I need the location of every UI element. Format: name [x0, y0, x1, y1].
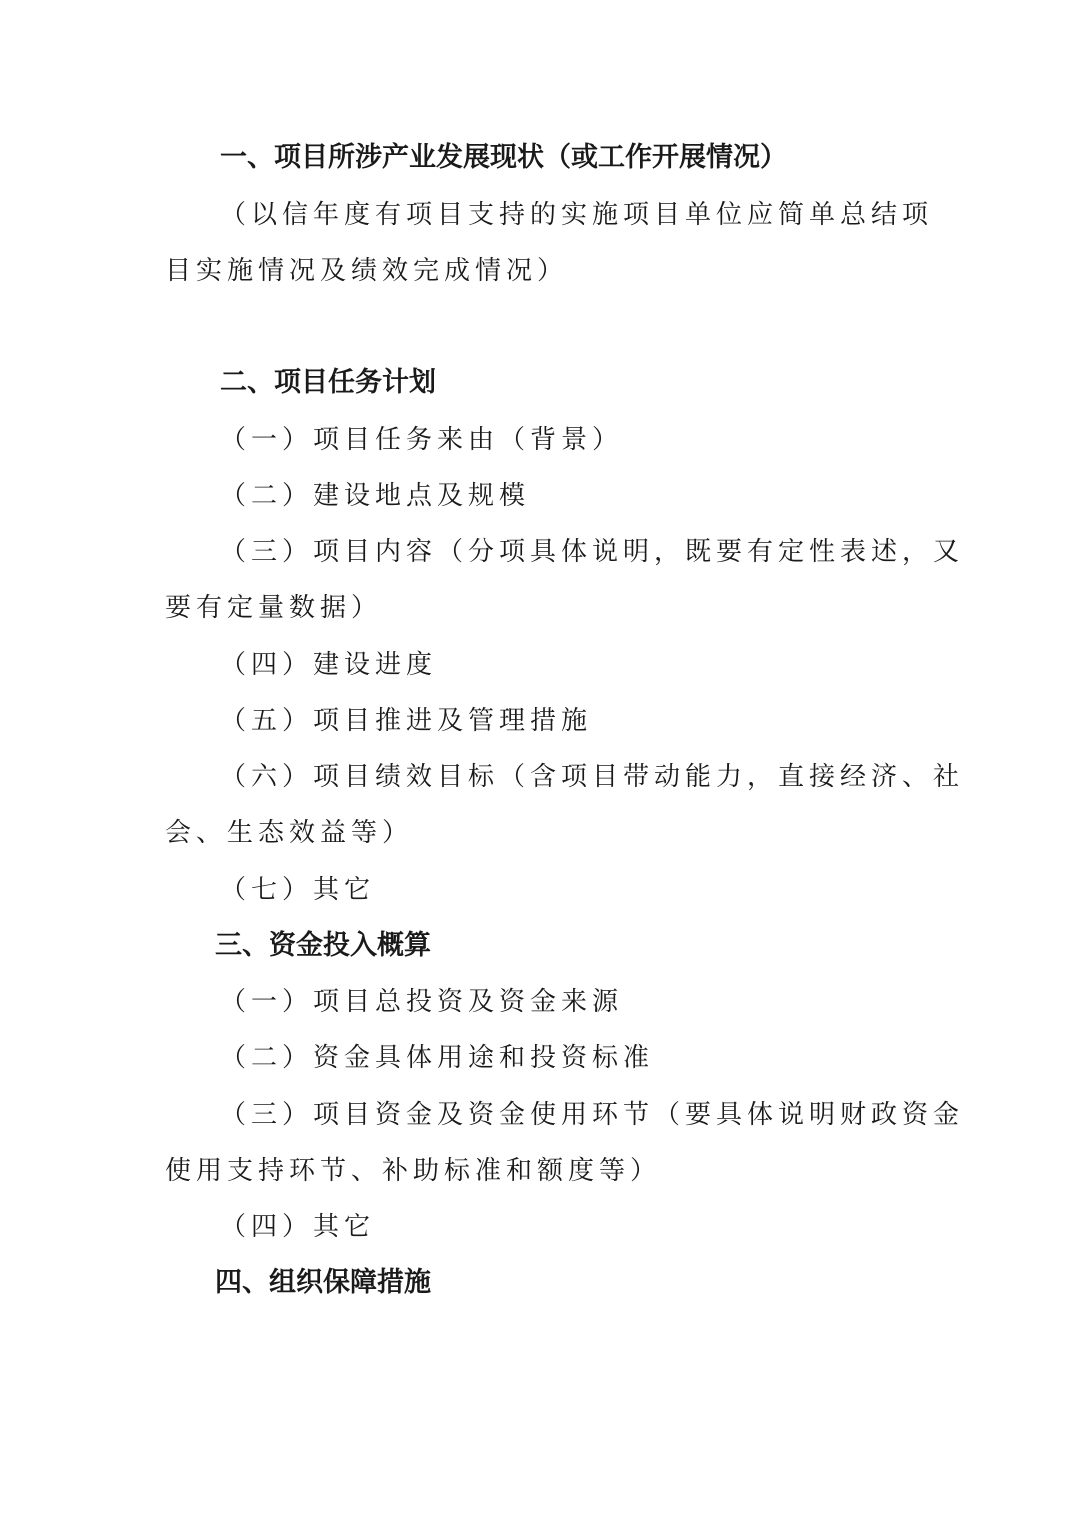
- section-2-item-3: （三）项目内容（分项具体说明，既要有定性表述，又: [220, 537, 964, 567]
- section-3-item-3-continued: 使用支持环节、补助标准和额度等）: [165, 1156, 661, 1186]
- section-2-item-2: （二）建设地点及规模: [220, 481, 530, 511]
- section-3-item-4: （四）其它: [220, 1212, 375, 1242]
- section-2-item-6: （六）项目绩效目标（含项目带动能力，直接经济、社: [220, 762, 964, 792]
- section-3-heading: 三、资金投入概算: [215, 931, 431, 961]
- section-1-note: （以信年度有项目支持的实施项目单位应简单总结项: [220, 200, 933, 230]
- section-2-item-4: （四）建设进度: [220, 650, 437, 680]
- section-3-item-2: （二）资金具体用途和投资标准: [220, 1043, 654, 1073]
- section-2-item-6-continued: 会、生态效益等）: [165, 818, 413, 848]
- section-2-item-1: （一）项目任务来由（背景）: [220, 425, 623, 455]
- section-3-item-1: （一）项目总投资及资金来源: [220, 987, 623, 1017]
- section-2-item-3-continued: 要有定量数据）: [165, 593, 382, 623]
- section-3-item-3: （三）项目资金及资金使用环节（要具体说明财政资金: [220, 1100, 964, 1130]
- section-4-heading: 四、组织保障措施: [215, 1268, 431, 1298]
- section-1-heading: 一、项目所涉产业发展现状（或工作开展情况）: [220, 143, 787, 173]
- section-2-item-5: （五）项目推进及管理措施: [220, 706, 592, 736]
- section-1-note-continued: 目实施情况及绩效完成情况）: [165, 256, 568, 286]
- section-2-item-7: （七）其它: [220, 875, 375, 905]
- section-2-heading: 二、项目任务计划: [220, 368, 436, 398]
